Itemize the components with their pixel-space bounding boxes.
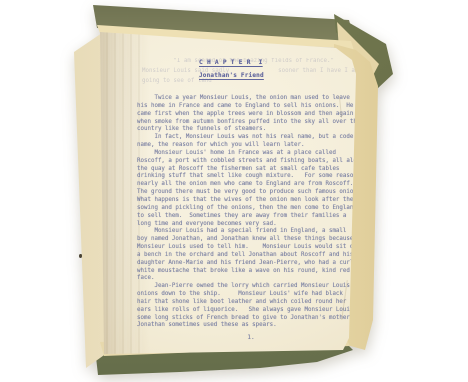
photo-scene: "I am scared of the blazing fields of Fr… bbox=[0, 0, 468, 382]
paper-speck bbox=[79, 254, 82, 258]
manuscript-book: "I am scared of the blazing fields of Fr… bbox=[0, 0, 468, 382]
chapter-subheading: Jonathan's Friend bbox=[199, 72, 264, 79]
chapter-heading: C H A P T E R I bbox=[199, 59, 263, 66]
spine-gutter-ripples bbox=[98, 28, 142, 358]
manuscript-page: "I am scared of the blazing fields of Fr… bbox=[0, 0, 468, 382]
typed-body-text: Twice a year Monsieur Louis, the onion m… bbox=[137, 95, 364, 330]
page-number: 1. bbox=[137, 334, 365, 341]
